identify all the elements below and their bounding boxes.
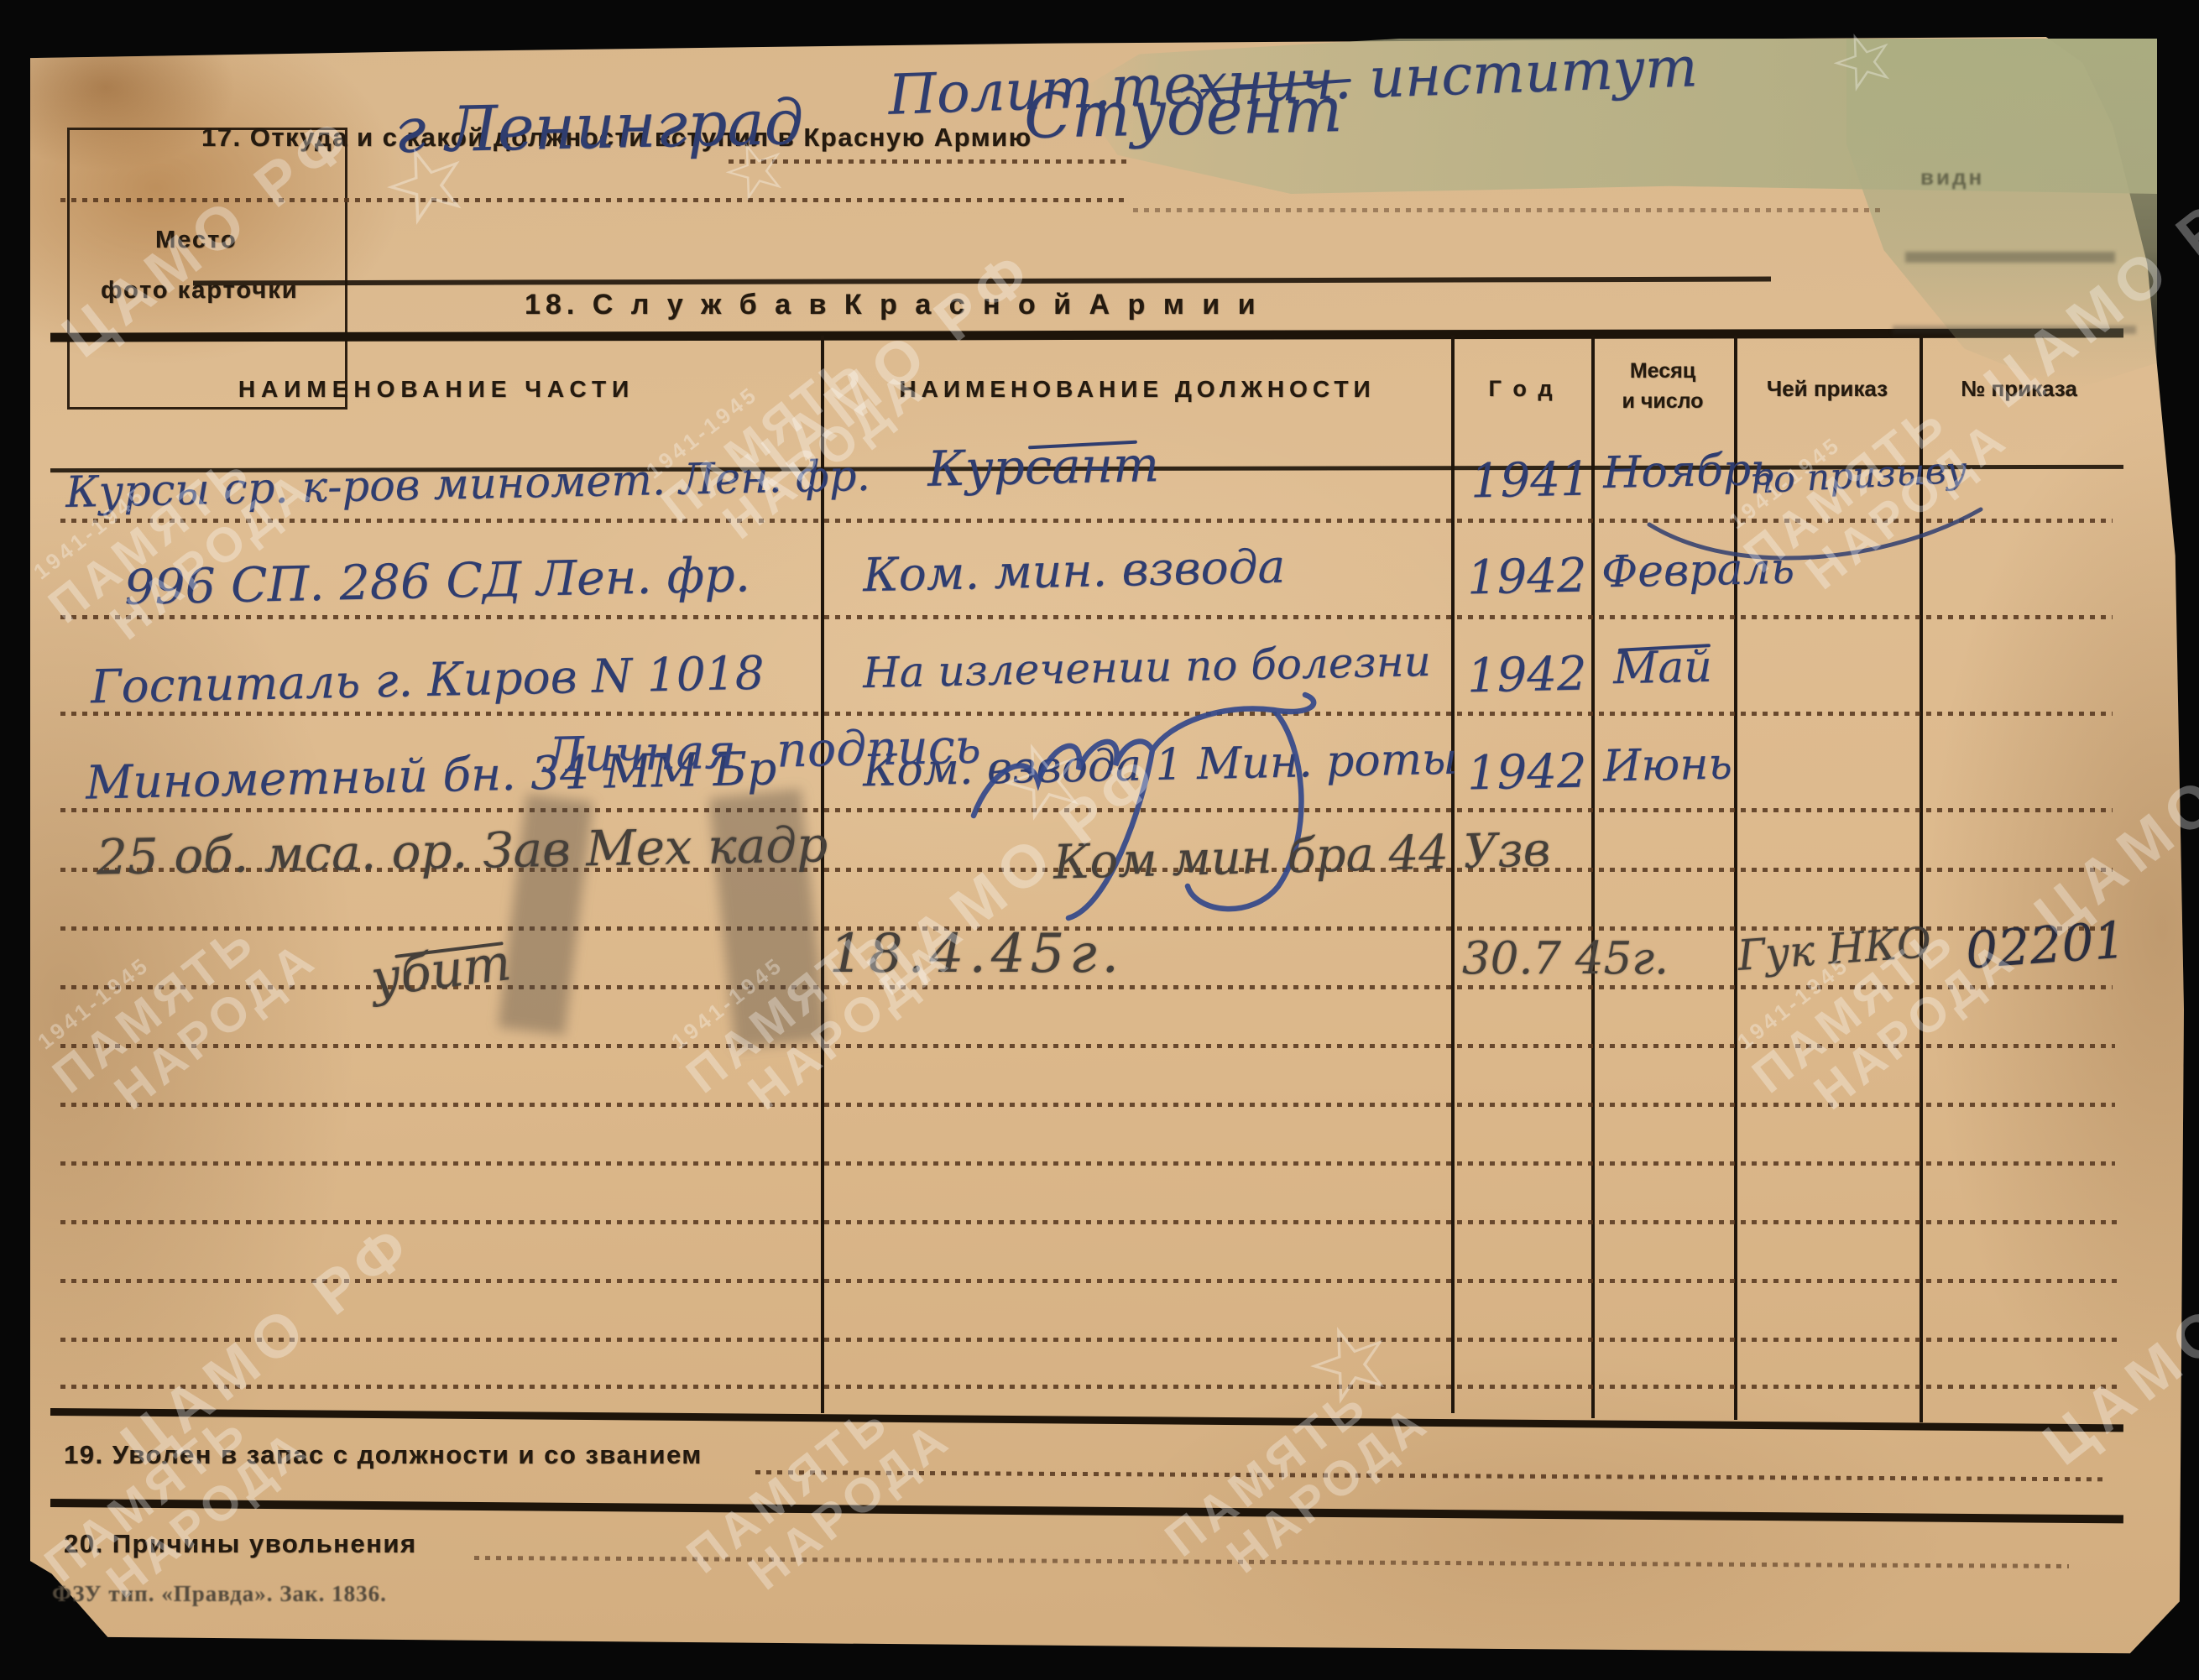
hand-city: г Ленинград <box>394 86 804 167</box>
pencil-order-date: 30.7 45г. <box>1462 933 1669 984</box>
dotted-line-17a <box>729 159 1130 164</box>
rule-dotted <box>60 985 2113 989</box>
col-header-year: Г о д <box>1456 376 1587 402</box>
row4-month: Июнь <box>1602 738 1732 791</box>
divider-month-order <box>1734 336 1737 1420</box>
signature-label: Личная подпись <box>543 719 981 784</box>
signature-flourish <box>944 681 1339 933</box>
section19-label: 19. Уволен в запас с должности и со зван… <box>64 1440 703 1470</box>
dotted-line-17b <box>1133 208 1880 212</box>
rule-dotted <box>60 1161 2115 1166</box>
row4-year: 1942 <box>1466 744 1587 801</box>
row1-order-flourish <box>1645 499 1998 592</box>
row1-year: 1941 <box>1470 452 1590 509</box>
section18-title: 18. С л у ж б а в К р а с н о й А р м и … <box>525 289 1261 321</box>
tape-smudge-2 <box>1893 326 2136 334</box>
rule-dotted <box>60 1220 2117 1224</box>
pencil-order-number: 02201 <box>1964 910 2128 980</box>
tape-faint-text: видн <box>1920 164 1984 190</box>
tape-smudge-1 <box>1905 252 2115 263</box>
rule-dotted <box>60 1338 2118 1342</box>
photo-box <box>67 128 347 410</box>
rule-dotted <box>60 1103 2115 1107</box>
col-header-position: НАИМЕНОВАНИЕ ДОЛЖНОСТИ <box>848 376 1427 403</box>
rule-dotted <box>60 1279 2117 1283</box>
col-header-part: НАИМЕНОВАНИЕ ЧАСТИ <box>101 376 772 403</box>
col-header-month-1: Месяц <box>1596 359 1729 383</box>
col-header-month-2: и число <box>1596 389 1729 414</box>
scanned-document: видн Место фото карточки 17. Откуда и с … <box>0 0 2199 1680</box>
col-header-whose-order: Чей приказ <box>1739 376 1915 402</box>
row3-year: 1942 <box>1466 647 1587 704</box>
photo-box-line1: Место <box>155 227 238 254</box>
row2-position: Ком. мин. взвода <box>862 540 1285 603</box>
printer-imprint: ФЗУ тип. «Правда». Зак. 1836. <box>52 1581 387 1607</box>
pencil-status-date: 18.4.45г. <box>829 923 1124 985</box>
section20-label: 20. Причины увольнения <box>64 1529 417 1559</box>
dotted-line-17c <box>60 198 1129 202</box>
rule-dotted <box>60 1385 2118 1389</box>
row2-year: 1942 <box>1466 549 1587 606</box>
rule-dotted <box>60 615 2113 619</box>
rule-dotted <box>60 1044 2115 1048</box>
divider-year-month <box>1591 336 1595 1418</box>
